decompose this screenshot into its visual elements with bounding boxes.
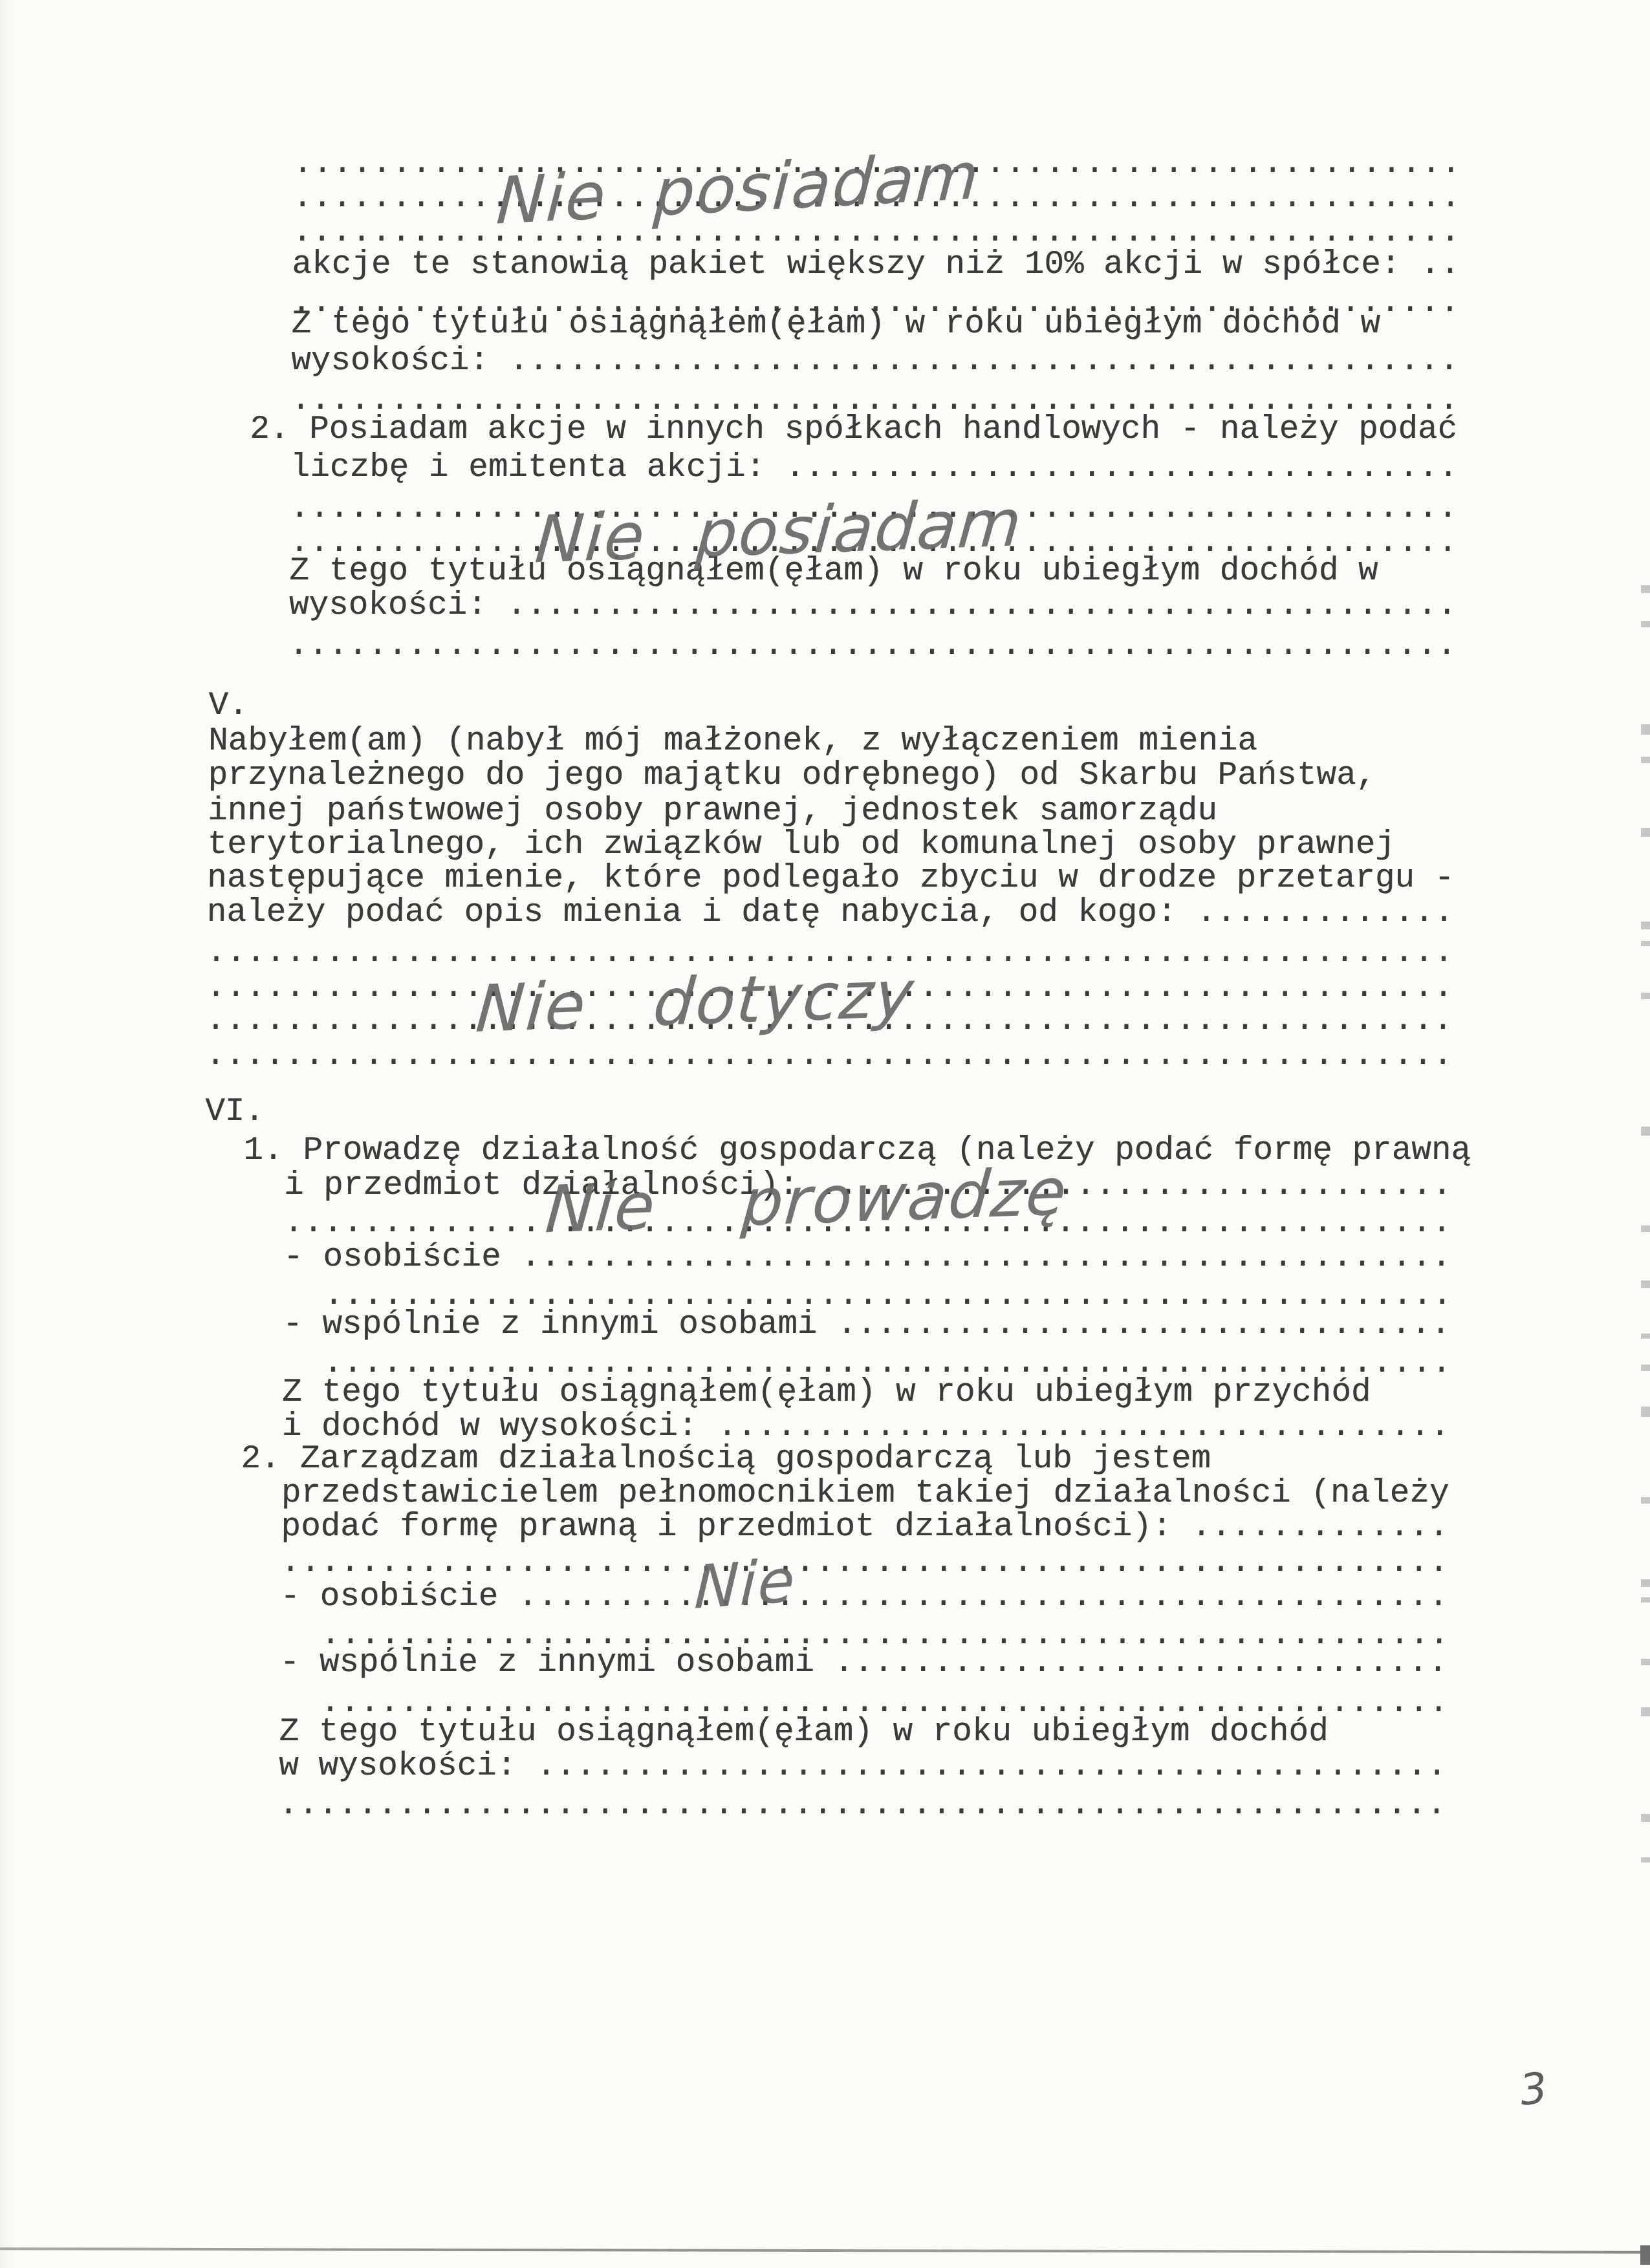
form-line: - osobiście ............................…: [280, 1580, 1448, 1614]
form-line: innej państwowej osoby prawnej, jednoste…: [208, 794, 1217, 828]
dotted-line: ........................................…: [292, 215, 1460, 250]
handwritten-answer: Nie: [693, 1546, 797, 1622]
form-line: wysokości: .............................…: [289, 589, 1457, 623]
form-line: podać formę prawną i przedmiot działalno…: [281, 1510, 1449, 1544]
scan-edge-mark: [1641, 1365, 1650, 1371]
scan-edge-mark: [1641, 1597, 1650, 1603]
form-line: wysokości: .............................…: [291, 344, 1459, 378]
form-line: - wspólnie z innymi osobami ............…: [279, 1646, 1448, 1680]
form-line: w wysokości: ...........................…: [279, 1749, 1447, 1784]
scan-edge-mark: [1641, 1334, 1650, 1339]
scan-edge-mark: [1641, 1407, 1650, 1417]
scan-edge-mark: [1641, 1579, 1650, 1587]
form-line: terytorialnego, ich związków lub od komu…: [207, 828, 1395, 862]
scan-edge-mark: [1641, 1497, 1650, 1504]
section-heading: VI.: [205, 1095, 265, 1129]
form-line: - wspólnie z innymi osobami ............…: [283, 1308, 1451, 1342]
form-line: Z tego tytułu osiągnąłem(ęłam) w roku ub…: [279, 1715, 1329, 1749]
scan-edge-mark: [1641, 724, 1650, 735]
form-line: Nabyłem(am) (nabył mój małżonek, z wyłąc…: [208, 724, 1258, 759]
scan-edge-mark: [1641, 621, 1650, 627]
scan-edge-mark: [1641, 1127, 1650, 1136]
scan-edge-mark: [1641, 828, 1650, 837]
scan-edge-mark: [1641, 1280, 1650, 1288]
dotted-line: ........................................…: [206, 1039, 1453, 1073]
form-line: przedstawicielem pełnomocnikiem takiej d…: [281, 1476, 1449, 1511]
list-item-line: 2. Posiadam akcje w innych spółkach hand…: [250, 413, 1457, 447]
form-line: akcje te stanowią pakiet większy niż 10%…: [292, 248, 1460, 282]
form-line: należy podać opis mienia i datę nabycia,…: [206, 896, 1454, 930]
dotted-line: ........................................…: [281, 1546, 1449, 1580]
form-line: przynależnego do jego majątku odrębnego)…: [208, 759, 1376, 793]
section-heading: V.: [208, 689, 248, 723]
form-line: Z tego tytułu osiągnąłem(ęłam) w roku ub…: [291, 307, 1380, 341]
handwritten-answer: Nie dotyczy: [473, 956, 918, 1047]
list-item-line: 2. Zarządzam działalnością gospodarczą l…: [241, 1442, 1211, 1476]
scan-edge-mark: [1641, 1659, 1650, 1665]
page-number-handwritten: 3: [1517, 2063, 1550, 2115]
form-line: Z tego tytułu osiągnąłem(ęłam) w roku ub…: [282, 1376, 1371, 1410]
form-line: następujące mienie, które podlegało zbyc…: [207, 861, 1455, 896]
dotted-line: ........................................…: [278, 1788, 1446, 1822]
scan-edge-mark: [1641, 1857, 1650, 1863]
scanned-document-page: ........................................…: [0, 0, 1650, 2268]
scan-edge-mark: [1641, 585, 1650, 593]
form-line: i dochód w wysokości: ..................…: [282, 1410, 1450, 1444]
scan-bottom-corner-artifact: [1640, 2245, 1650, 2265]
scan-edge-mark: [1641, 993, 1650, 999]
scan-edge-mark: [1641, 757, 1650, 763]
scan-edge-mark: [1641, 941, 1650, 946]
form-line: liczbę i emitenta akcji: ...............…: [290, 451, 1458, 485]
dotted-line: ........................................…: [288, 629, 1457, 663]
scan-edge-mark: [1641, 922, 1650, 929]
form-line: - osobiście ............................…: [283, 1240, 1451, 1275]
scan-edge-mark: [1641, 1226, 1650, 1232]
scan-edge-mark: [1641, 1814, 1650, 1822]
scan-edge-mark: [1641, 1707, 1650, 1716]
document-sheet: ........................................…: [0, 0, 1650, 2268]
